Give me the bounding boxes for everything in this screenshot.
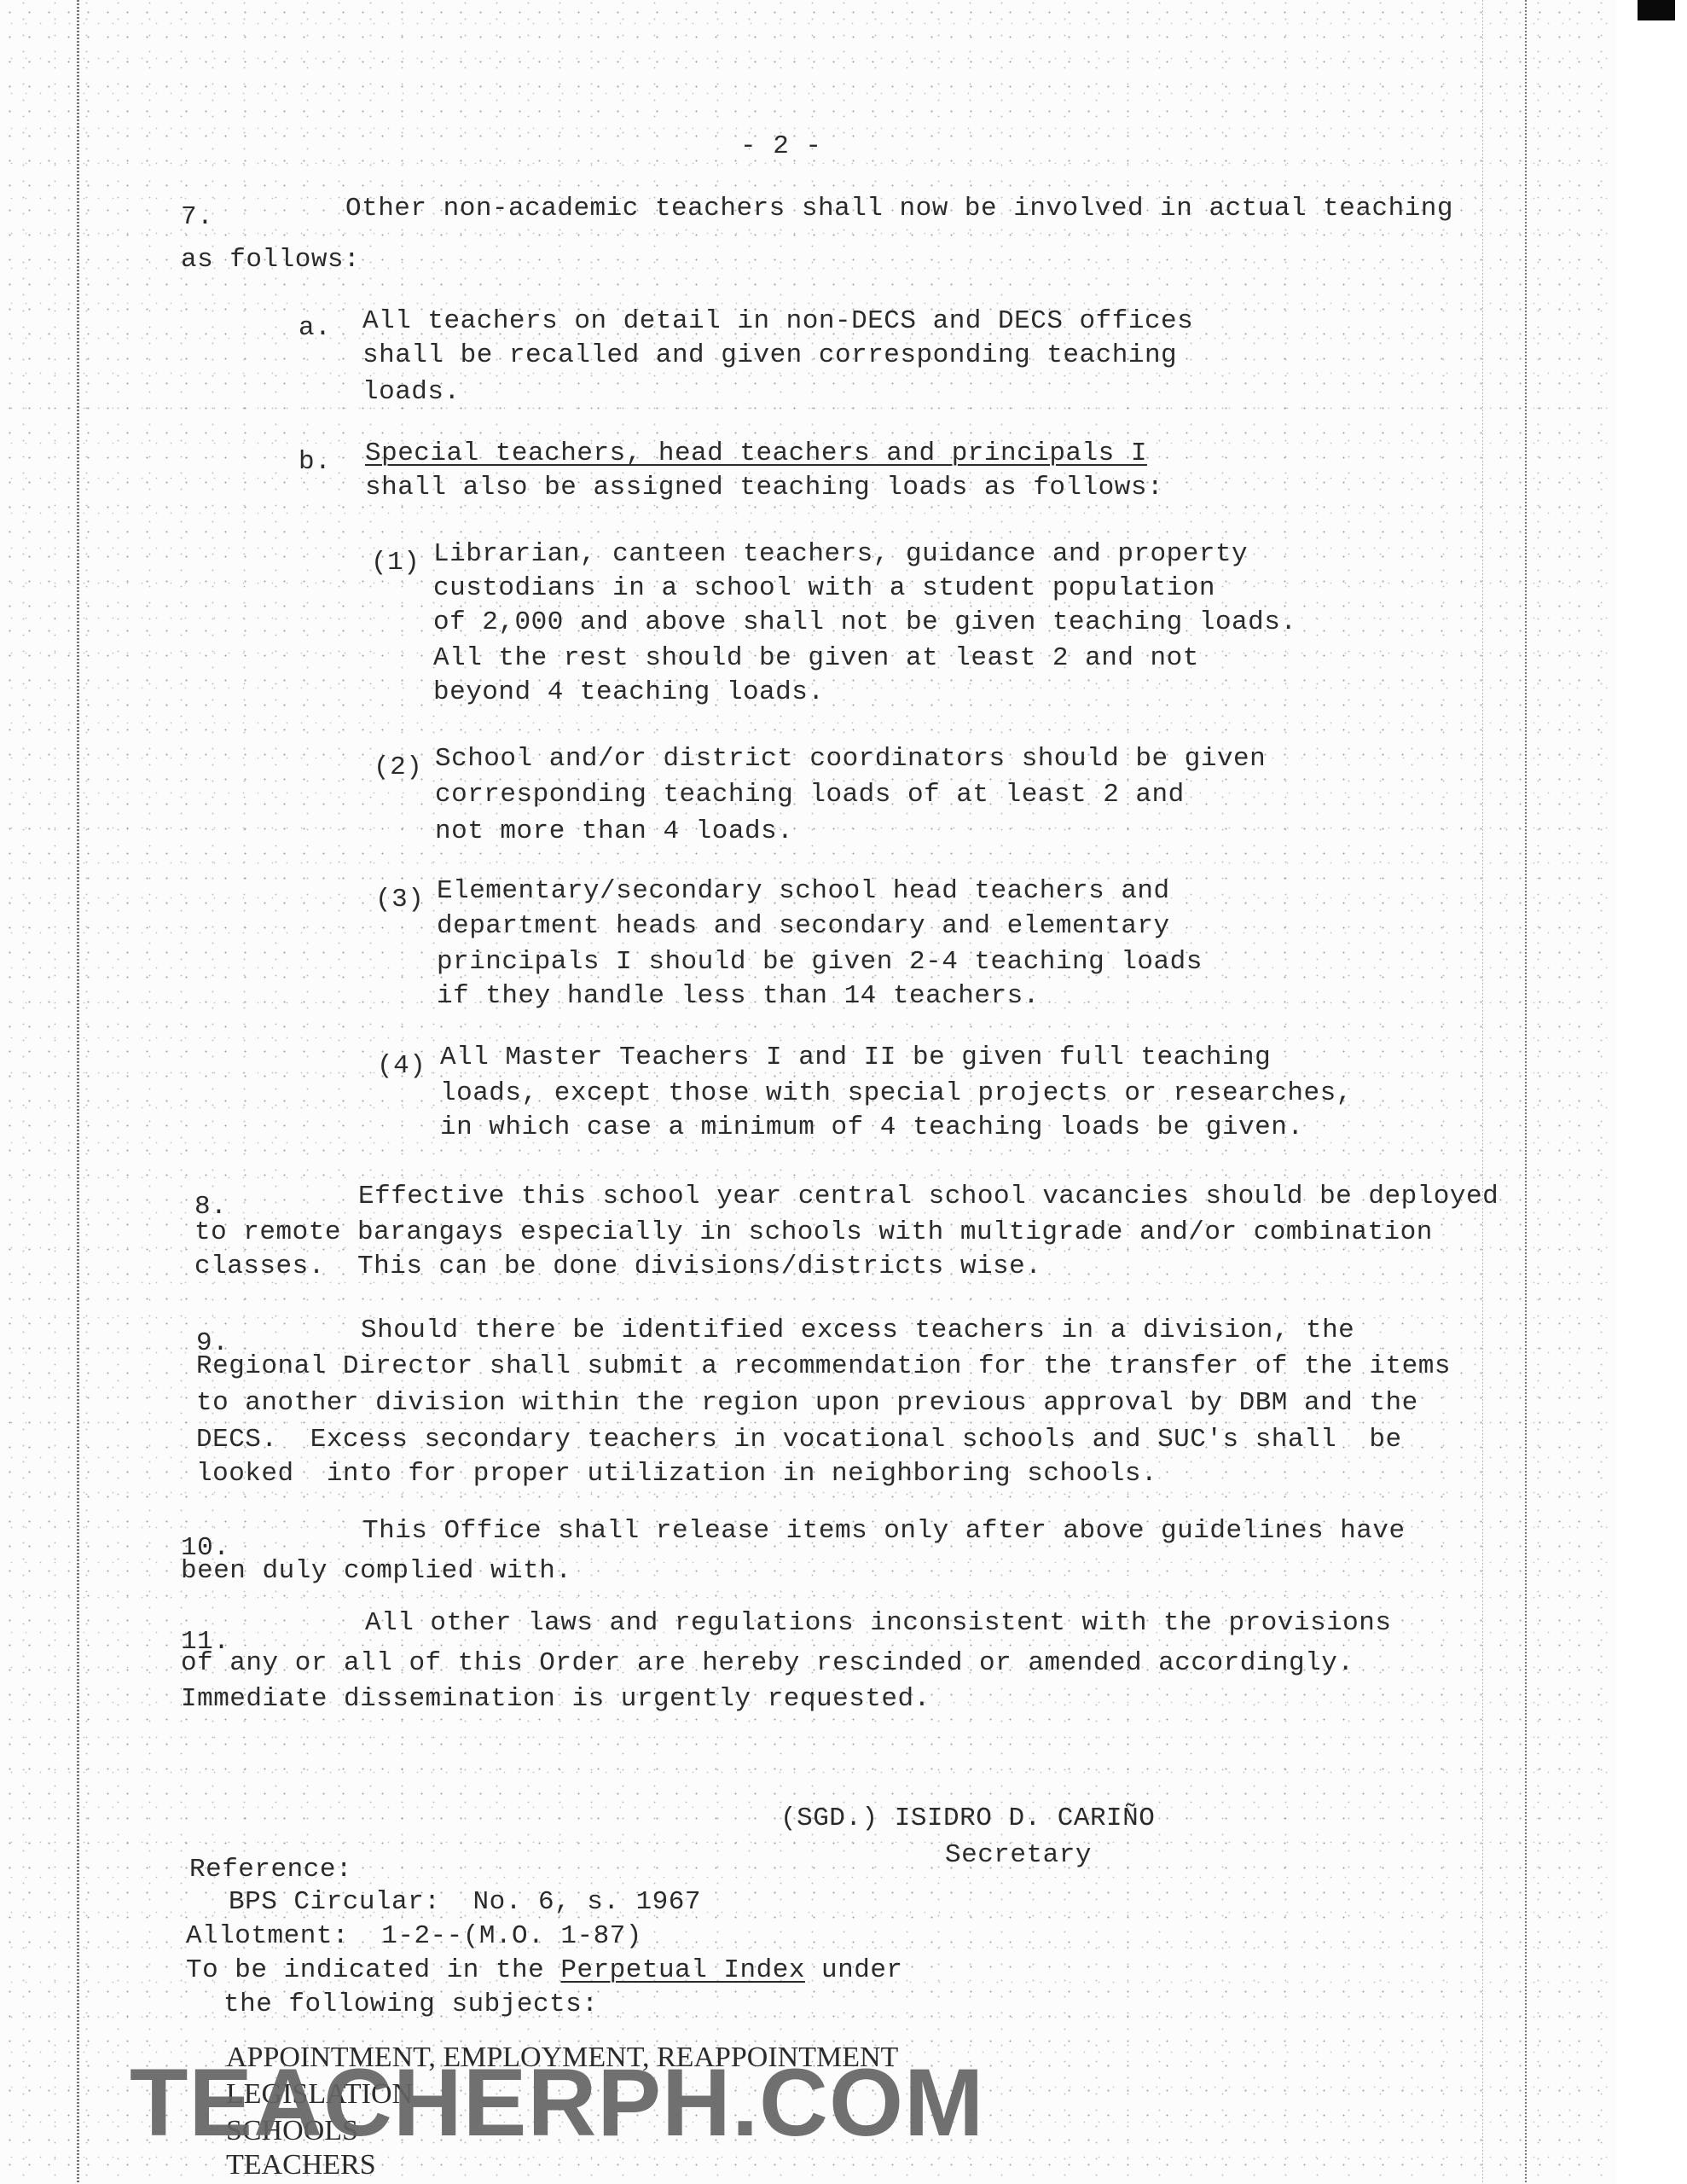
signatory-name: (SGD.) ISIDRO D. CARIÑO bbox=[780, 1802, 1155, 1836]
reference-heading: Reference: bbox=[189, 1853, 352, 1887]
point-2-label: (2) bbox=[374, 751, 422, 785]
site-watermark: TEACHERPH.COM bbox=[130, 2052, 984, 2154]
point-1-line-2: custodians in a school with a student po… bbox=[433, 572, 1215, 606]
point-2-line-1: School and/or district coordinators shou… bbox=[435, 742, 1266, 776]
point-3-line-4: if they handle less than 14 teachers. bbox=[437, 979, 1040, 1014]
scan-edge-line-right bbox=[1525, 0, 1527, 2184]
section-8-line-3: classes. This can be done divisions/dist… bbox=[194, 1250, 1041, 1284]
section-8-line-2: to remote barangays especially in school… bbox=[194, 1216, 1433, 1250]
reference-allotment: Allotment: 1-2--(M.O. 1-87) bbox=[186, 1920, 642, 1954]
point-3-label: (3) bbox=[375, 883, 424, 917]
section-11-line-2: of any or all of this Order are hereby r… bbox=[181, 1647, 1354, 1681]
section-11-line-3: Immediate dissemination is urgently requ… bbox=[181, 1682, 930, 1716]
point-4-line-3: in which case a minimum of 4 teaching lo… bbox=[440, 1111, 1303, 1145]
point-3-line-3: principals I should be given 2-4 teachin… bbox=[437, 945, 1203, 979]
reference-index-line: To be indicated in the Perpetual Index u… bbox=[186, 1954, 903, 1988]
section-10-line-2: been duly complied with. bbox=[181, 1554, 571, 1589]
reference-index-line-2: the following subjects: bbox=[223, 1988, 598, 2022]
perpetual-index-underlined: Perpetual Index bbox=[560, 1955, 805, 1985]
section-9-line-2: Regional Director shall submit a recomme… bbox=[196, 1350, 1451, 1384]
special-underlined: Special teachers, head teachers and prin… bbox=[365, 439, 1147, 468]
section-9-line-4: DECS. Excess secondary teachers in vocat… bbox=[196, 1423, 1402, 1457]
point-3-line-1: Elementary/secondary school head teacher… bbox=[437, 874, 1170, 909]
point-4-label: (4) bbox=[377, 1049, 426, 1083]
point-2-line-3: not more than 4 loads. bbox=[435, 815, 793, 849]
section-10-line-1: This Office shall release items only aft… bbox=[362, 1514, 1406, 1548]
point-1-line-4: All the rest should be given at least 2 … bbox=[433, 642, 1199, 676]
item-b-line-1: Special teachers, head teachers and prin… bbox=[365, 437, 1147, 471]
item-b-line-2: shall also be assigned teaching loads as… bbox=[365, 471, 1163, 505]
scan-edge-line-left bbox=[77, 0, 79, 2184]
section-7-line-2: as follows: bbox=[181, 243, 360, 277]
item-a-line-2: shall be recalled and given correspondin… bbox=[362, 339, 1177, 373]
index-prefix: To be indicated in the bbox=[186, 1955, 560, 1985]
item-b-label: b. bbox=[299, 445, 331, 479]
item-a-line-1: All teachers on detail in non-DECS and D… bbox=[362, 305, 1193, 339]
point-2-line-2: corresponding teaching loads of at least… bbox=[435, 778, 1185, 812]
section-9-line-3: to another division within the region up… bbox=[196, 1386, 1418, 1420]
point-1-label: (1) bbox=[371, 546, 420, 580]
section-8-line-1: Effective this school year central schoo… bbox=[358, 1180, 1499, 1214]
point-1-line-5: beyond 4 teaching loads. bbox=[433, 676, 824, 710]
scan-corner-mark bbox=[1638, 0, 1675, 20]
section-11-line-1: All other laws and regulations inconsist… bbox=[365, 1606, 1392, 1641]
section-7-number: 7. bbox=[181, 200, 213, 235]
item-a-line-3: loads. bbox=[362, 375, 461, 409]
page-number: - 2 - bbox=[740, 130, 822, 164]
point-3-line-2: department heads and secondary and eleme… bbox=[437, 909, 1170, 944]
item-a-label: a. bbox=[299, 311, 331, 346]
section-9-line-1: Should there be identified excess teache… bbox=[361, 1314, 1354, 1348]
section-7-line-1: Other non-academic teachers shall now be… bbox=[345, 192, 1453, 226]
point-4-line-1: All Master Teachers I and II be given fu… bbox=[440, 1041, 1271, 1075]
signatory-title: Secretary bbox=[945, 1838, 1092, 1873]
point-1-line-1: Librarian, canteen teachers, guidance an… bbox=[433, 537, 1248, 572]
section-9-line-5: looked into for proper utilization in ne… bbox=[196, 1457, 1157, 1491]
reference-circular: BPS Circular: No. 6, s. 1967 bbox=[229, 1885, 701, 1920]
point-1-line-3: of 2,000 and above shall not be given te… bbox=[433, 606, 1296, 640]
scan-edge-line-inner bbox=[1482, 0, 1483, 2184]
point-4-line-2: loads, except those with special project… bbox=[440, 1077, 1353, 1111]
index-suffix: under bbox=[805, 1955, 903, 1985]
